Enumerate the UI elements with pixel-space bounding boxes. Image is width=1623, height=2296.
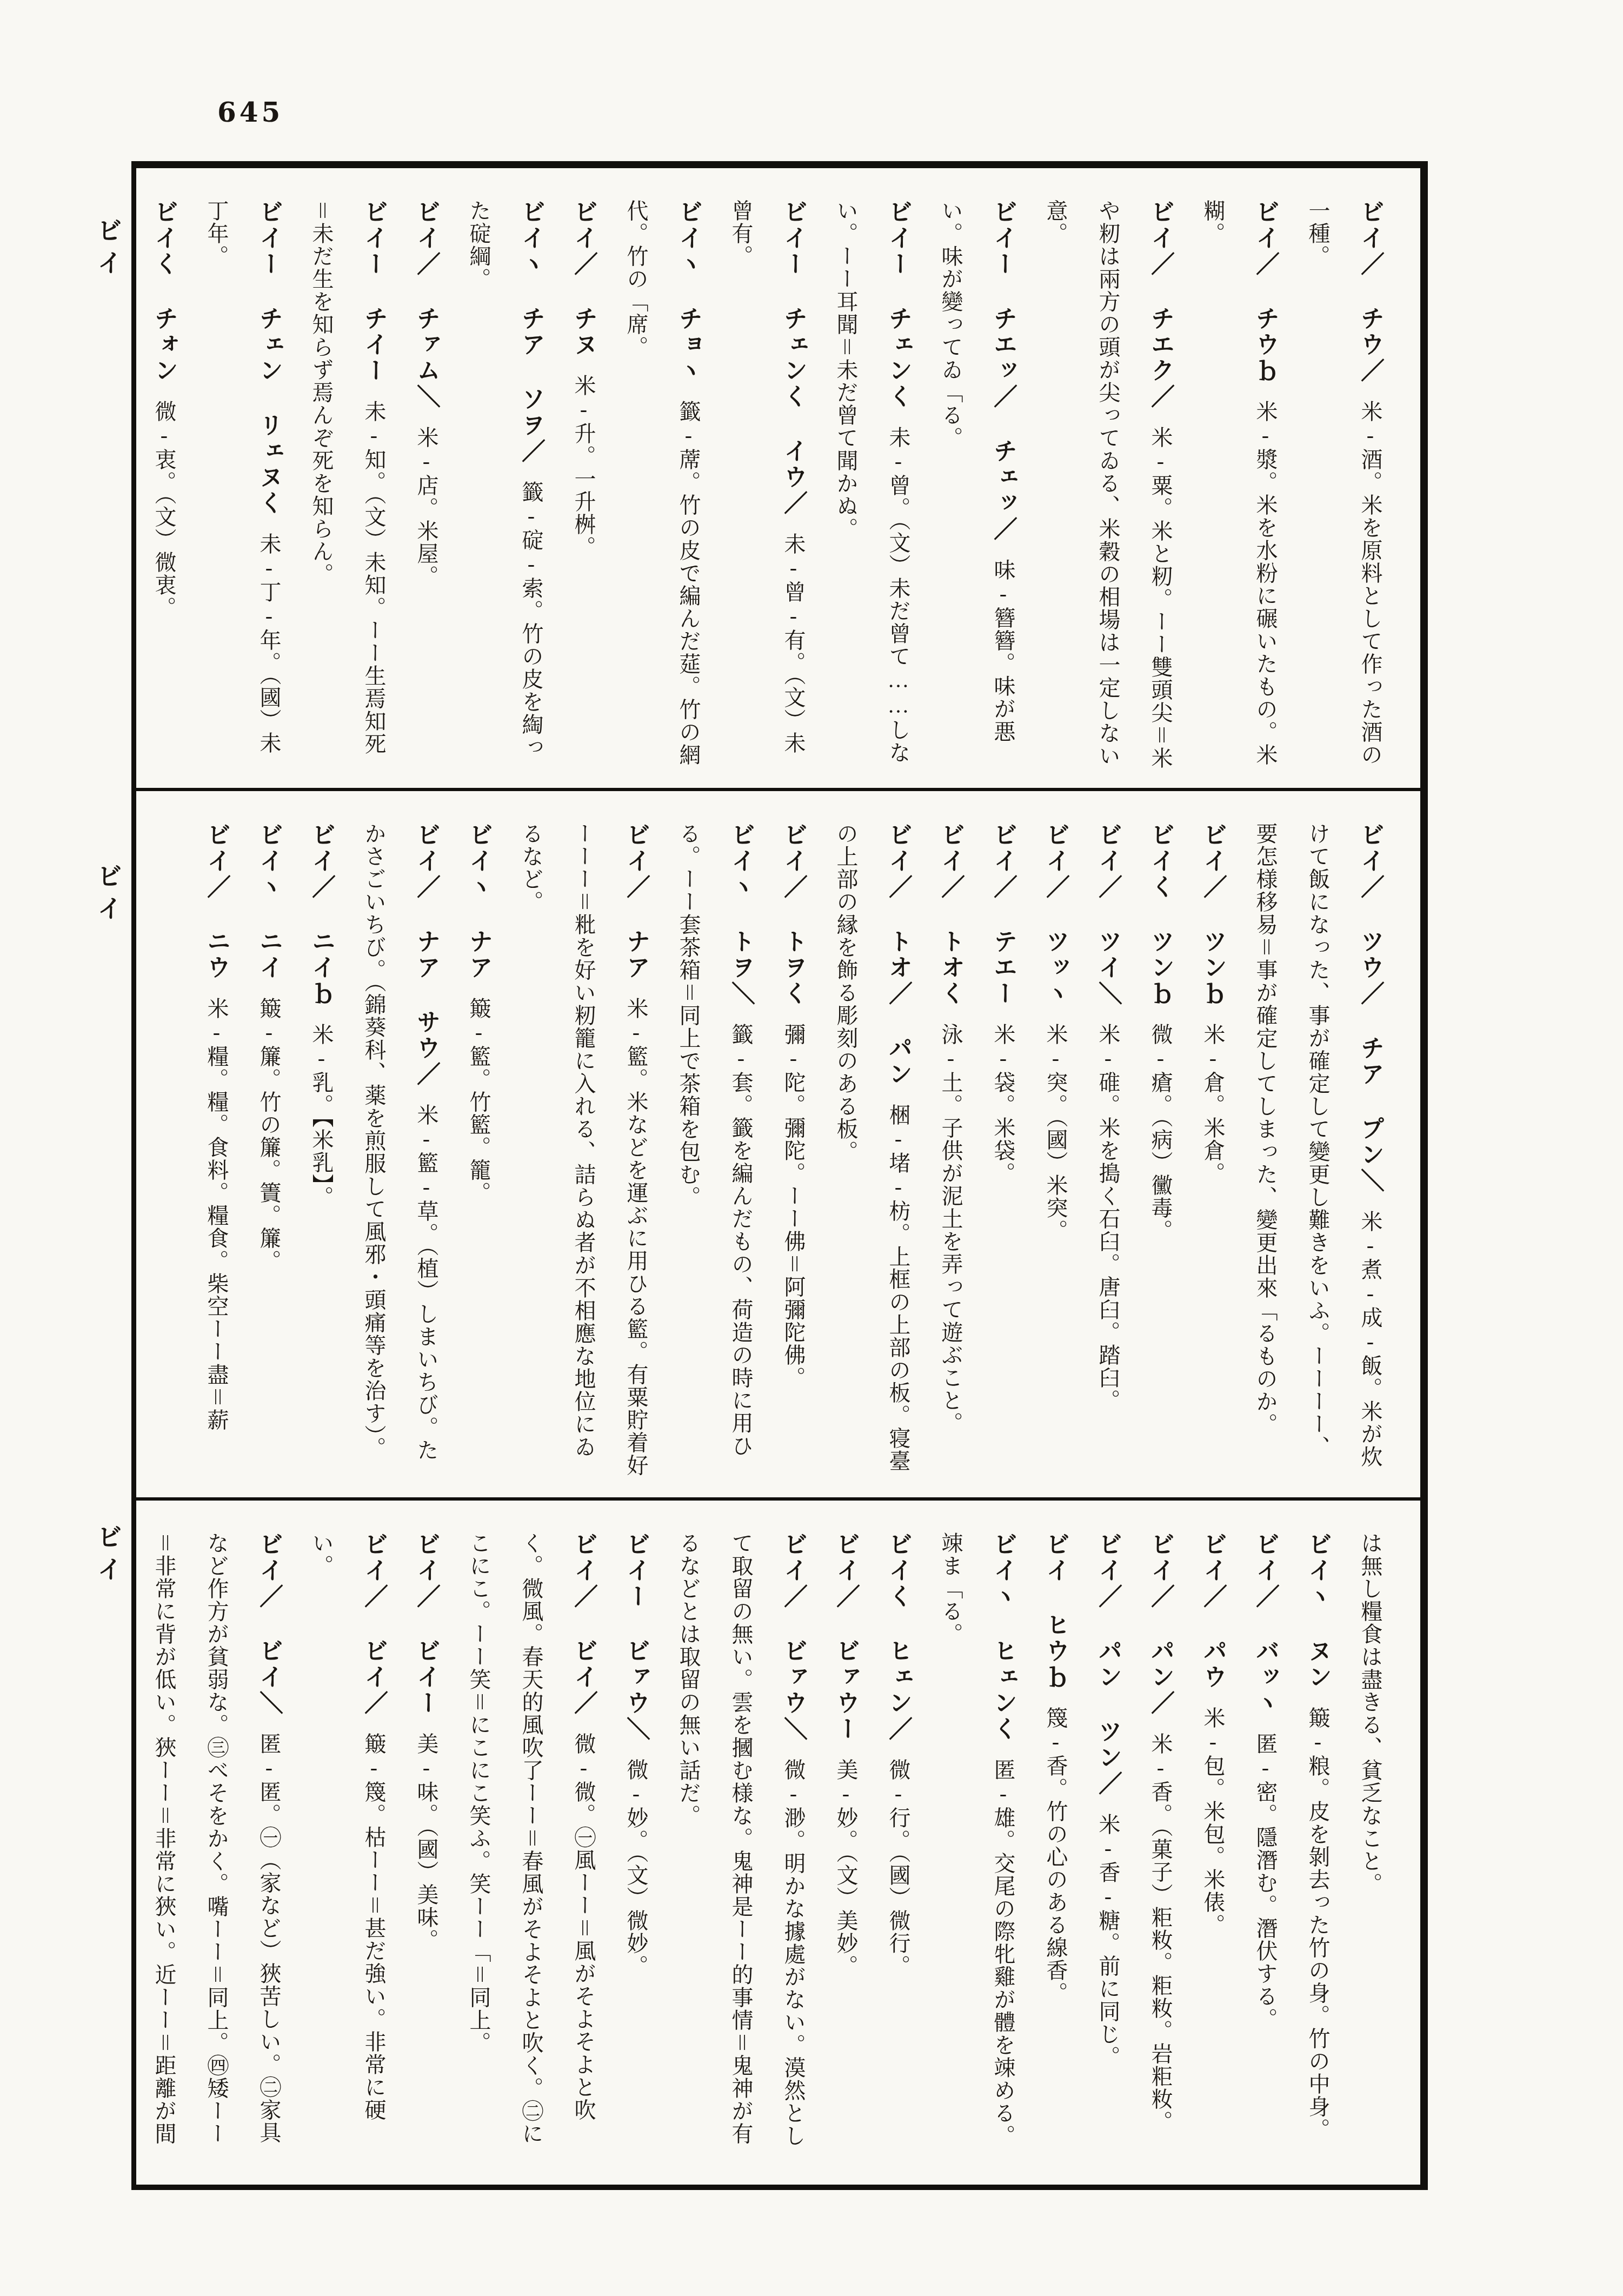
- entry-headword: ビイ／ チウｂ: [1252, 200, 1279, 384]
- dict-entry: ビイ／ チァム＼米-店。米屋。: [400, 200, 453, 769]
- entry-headword: ビイ／ チァム＼: [413, 200, 440, 410]
- dict-entry: ビイ／ ニウ米-糧。糧。食料。糧食。柴空ーー盡＝薪: [190, 822, 243, 1479]
- entry-definition: 米-乳。【米乳】。: [309, 1023, 334, 1209]
- dict-entry: ビイヽ チア ソヲ／籤-碇-索。竹の皮を綯った碇綱。: [453, 200, 557, 769]
- band-2-columns: ビイ／ ツウ／ チア プン＼米-煮-成-飯。米が炊けて飯になった、事が確定して變…: [151, 822, 1396, 1479]
- dict-entry: ビイ／ ナア サウ／米-籃-草。（植）しまいちび。たかさごいちび。（錦葵科、薬を…: [348, 822, 453, 1479]
- entry-definition: 簸-簾。竹の簾。簀。簾。: [257, 997, 281, 1272]
- entry-headword: ビイヽ チア ソヲ／: [518, 200, 544, 464]
- entry-definition: 簸-籃。竹籃。籠。: [467, 997, 491, 1204]
- entry-definition: 米-升。一升桝。: [571, 374, 596, 559]
- dict-entry: は無し糧食は盡きる、貧乏なこと。: [1344, 1532, 1396, 2166]
- entry-definition: 米-倉。米倉。: [1201, 1023, 1225, 1185]
- band-1-columns: ビイ／ チウ／米-酒。米を原料として作った酒の一種。ビイ／ チウｂ米-漿。米を水…: [151, 200, 1396, 769]
- entry-headword: ビイー チェンく: [885, 200, 912, 410]
- entry-headword: ビイ／ ツンｂ: [1200, 822, 1226, 1007]
- entry-headword: ビイ／ トオ／ パン: [885, 822, 912, 1087]
- entry-definition: 美-妙。（文）美妙。: [834, 1759, 858, 1978]
- entry-headword: ビイ／ ビイ／: [361, 1532, 387, 1716]
- entry-headword: ビイー チェン リェヌく: [256, 200, 282, 516]
- dict-entry: ビイヽ チョヽ籤-蓆。竹の皮で編んだ莚。竹の網代。竹の「席。: [610, 200, 715, 769]
- dict-entry: ビイヽ トヲ＼籤-套。籤を編んだもの、荷造の時に用ひる。ーー套茶箱＝同上で茶箱を…: [662, 822, 767, 1479]
- entry-headword: ビイー チエッ／ チェッ／: [990, 200, 1016, 542]
- entry-headword: ビイ／ ツイ＼: [1095, 822, 1121, 1007]
- entry-headword: ビイく ツンｂ: [1147, 822, 1174, 1007]
- entry-headword: ビイ／ ビァウー: [833, 1532, 859, 1742]
- entry-headword: ビイ ヒウｂ: [1042, 1532, 1069, 1690]
- dict-entry: ビイ／ ツイ＼米-碓。米を搗く石臼。唐臼。踏臼。: [1082, 822, 1134, 1479]
- dict-entry: ビイー チェンく未-曾。（文）未だ曾て……しない。ーー耳聞＝未だ曾て聞かぬ。: [820, 200, 924, 769]
- dict-entry: ビイく ツンｂ微-瘡。（病）黴毒。: [1134, 822, 1187, 1479]
- entry-headword: ビイく チォン: [151, 200, 177, 384]
- dict-entry: ビイー チイー未-知。（文）未知。ーー生焉知死＝未だ生を知らず焉んぞ死を知らん。: [295, 200, 400, 769]
- entry-headword: ビイ／ トオく: [937, 822, 964, 1007]
- dict-entry: ビイ／ トヲく彌-陀。彌陀。ーー佛＝阿彌陀佛。: [767, 822, 820, 1479]
- dictionary-band-3: は無し糧食は盡きる、貧乏なこと。ビイヽ ヌン簸-粮。皮を剝去った竹の身。竹の中身…: [136, 1497, 1420, 2185]
- entry-headword: ビイヽ トヲ＼: [728, 822, 754, 1007]
- dict-entry: ビイー チェンく イウ／未-曾-有。（文）未曾有。: [715, 200, 820, 769]
- dict-entry: ビイ／ パン／米-香。（菓子）粔籹。粔籹。岩粔籹。: [1134, 1532, 1187, 2166]
- dictionary-band-1: ビイ／ チウ／米-酒。米を原料として作った酒の一種。ビイ／ チウｂ米-漿。米を水…: [136, 168, 1420, 788]
- entry-headword: ビイ／ ツッヽ: [1042, 822, 1069, 1007]
- dict-entry: ビイー ビァウ＼微-妙。（文）微妙。: [610, 1532, 662, 2166]
- entry-headword: ビイ／ チヌ: [570, 200, 597, 358]
- dictionary-band-2: ビイ／ ツウ／ チア プン＼米-煮-成-飯。米が炊けて飯になった、事が確定して變…: [136, 788, 1420, 1497]
- dict-entry: ビイヽ ナア簸-籃。竹籃。籠。: [453, 822, 505, 1479]
- dict-entry: ビイ／ ビイー美-味。（國）美味。: [400, 1532, 453, 2166]
- dict-entry: ビイく ヒェン／微-行。（國）微行。: [872, 1532, 924, 2166]
- entry-definition: 米-香。（菓子）粔籹。粔籹。岩粔籹。: [1148, 1733, 1173, 2133]
- entry-headword: ビイ／ ビイ＼: [256, 1532, 282, 1716]
- dict-entry: ビイ／ ビイ／微-微。㊀風ーー＝風がそよそよと吹く。微風。春天的風吹了ーー＝春風…: [453, 1532, 610, 2166]
- entry-headword: ビイ／ ビイー: [413, 1532, 440, 1716]
- margin-tab-label-band2: ビイ: [90, 863, 125, 928]
- dict-entry: ビイー チエッ／ チェッ／味-簪簪。味が悪い。味が變ってゐ「る。: [924, 200, 1029, 769]
- band-3-columns: は無し糧食は盡きる、貧乏なこと。ビイヽ ヌン簸-粮。皮を剝去った竹の身。竹の中身…: [151, 1532, 1396, 2166]
- entry-definition: 米-香-糖。前に同じ。: [1096, 1813, 1120, 2068]
- entry-definition: 米-突。（國）米突。: [1043, 1023, 1068, 1242]
- dict-entry: ビイ／ ツンｂ米-倉。米倉。: [1187, 822, 1239, 1479]
- dict-entry: ビイ／ ニイｂ米-乳。【米乳】。: [295, 822, 348, 1479]
- entry-headword: ビイ／ ナア: [623, 822, 649, 981]
- dict-entry: ビイ／ チウ／米-酒。米を原料として作った酒の一種。: [1292, 200, 1396, 769]
- entry-headword: ビイ／ パウ: [1200, 1532, 1226, 1690]
- entry-continuation: は無し糧食は盡きる、貧乏なこと。: [1358, 1532, 1382, 1895]
- entry-definition: 美-味。（國）美味。: [414, 1733, 438, 1952]
- dict-entry: ビイ／ トオ／ パン梱-堵-枋。上框の上部の板。寝臺の上部の縁を飾る彫刻のある板…: [820, 822, 924, 1479]
- entry-headword: ビイヽ ニイ: [256, 822, 282, 981]
- entry-headword: ビイ／ ツウ／ チア プン＼: [1357, 822, 1383, 1194]
- entry-headword: ビイく ヒェン／: [885, 1532, 912, 1742]
- entry-headword: ビイヽ ヒェンく: [990, 1532, 1016, 1742]
- dict-entry: ビイ／ ビァウ＼微-渺。明かな據處がない。漠然として取留の無い。雲を摑む様な。鬼…: [662, 1532, 820, 2166]
- dict-entry: ビイく チォン微-衷。（文）微衷。: [151, 200, 190, 769]
- entry-definition: 簸-粮。皮を剝去った竹の身。竹の中身。: [1306, 1707, 1330, 2141]
- entry-definition: 彌-陀。彌陀。ーー佛＝阿彌陀佛。: [781, 1023, 806, 1389]
- entry-headword: ビイー ビァウ＼: [623, 1532, 649, 1742]
- entry-definition: 匿-密。隱潛む。潛伏する。: [1253, 1733, 1278, 2030]
- entry-headword: ビイ／ チウ／: [1357, 200, 1383, 384]
- margin-tab-label-band3: ビイ: [90, 1524, 125, 1589]
- dict-entry: ビイ／ ビァウー美-妙。（文）美妙。: [820, 1532, 872, 2166]
- entry-headword: ビイ／ ニウ: [203, 822, 230, 981]
- entry-headword: ビイ／ ビァウ＼: [780, 1532, 807, 1742]
- entry-definition: 米-袋。米袋。: [991, 1023, 1015, 1185]
- dict-entry: ビイ／ パン ツン／米-香-糖。前に同じ。: [1082, 1532, 1134, 2166]
- dict-entry: ビイー チェン リェヌく未-丁-年。（國）未丁年。: [190, 200, 295, 769]
- entry-headword: ビイ／ チエク／: [1147, 200, 1174, 410]
- entry-definition: 米-糧。糧。食料。糧食。柴空ーー盡＝薪: [204, 997, 229, 1431]
- dict-entry: ビイ／ ツウ／ チア プン＼米-煮-成-飯。米が炊けて飯になった、事が確定して變…: [1239, 822, 1396, 1479]
- dict-entry: ビイ／ ビイ＼匿-匿。㊀（家など）狹苦しい。㊁家具など作方が貧弱な。㊂べそをかく…: [151, 1532, 295, 2166]
- entry-headword: ビイヽ ヌン: [1305, 1532, 1331, 1690]
- dict-entry: ビイ／ チヌ米-升。一升桝。: [557, 200, 610, 769]
- dictionary-page-frame: ビイ／ チウ／米-酒。米を原料として作った酒の一種。ビイ／ チウｂ米-漿。米を水…: [131, 161, 1428, 2190]
- entry-headword: ビイ／ ニイｂ: [308, 822, 335, 1007]
- entry-headword: ビイ／ パン／: [1147, 1532, 1174, 1716]
- entry-definition: 米-店。米屋。: [414, 426, 438, 588]
- dict-entry: ビイヽ ヌン簸-粮。皮を剝去った竹の身。竹の中身。: [1292, 1532, 1344, 2166]
- dict-entry: ビイ ヒウｂ篾-香。竹の心のある線香。: [1029, 1532, 1082, 2166]
- entry-definition: 米-碓。米を搗く石臼。唐臼。踏臼。: [1096, 1023, 1120, 1412]
- entry-headword: ビイヽ チョヽ: [675, 200, 702, 384]
- entry-headword: ビイ／ ナア サウ／: [413, 822, 440, 1087]
- entry-headword: ビイヽ ナア: [465, 822, 492, 981]
- entry-headword: ビイ／ ビイ／: [570, 1532, 597, 1716]
- margin-tab-label-band1: ビイ: [90, 217, 125, 282]
- page-number: 645: [217, 96, 283, 128]
- dict-entry: ビイ／ トオく泳-土。子供が泥土を弄って遊ぶこと。: [924, 822, 977, 1479]
- dict-entry: ビイ／ パウ米-包。米包。米俵。: [1187, 1532, 1239, 2166]
- dict-entry: ビイ／ ナア米-籃。米などを運ぶに用ひる籃。有粟貯着好ーーー＝粃を好い籾籠に入れ…: [505, 822, 662, 1479]
- entry-definition: 篾-香。竹の心のある線香。: [1043, 1707, 1068, 2005]
- entry-definition: 微-行。（國）微行。: [886, 1759, 910, 1978]
- entry-definition: 微-妙。（文）微妙。: [624, 1759, 648, 1978]
- dict-entry: ビイ／ チエク／米-粟。米と籾。ーー雙頭尖＝米や籾は兩方の頭が尖ってゐる、米穀の…: [1029, 200, 1187, 769]
- dict-entry: ビイヽ ヒェンく匿-雄。交尾の際牝雞が體を竦める。竦ま「る。: [924, 1532, 1029, 2166]
- dict-entry: ビイ／ ツッヽ米-突。（國）米突。: [1029, 822, 1082, 1479]
- entry-definition: 微-衷。（文）微衷。: [152, 400, 176, 619]
- entry-headword: ビイ／ テエー: [990, 822, 1016, 1007]
- dict-entry: ビイ／ バッヽ匿-密。隱潛む。潛伏する。: [1239, 1532, 1292, 2166]
- entry-headword: ビイー チェンく イウ／: [780, 200, 807, 516]
- entry-headword: ビイ／ バッヽ: [1252, 1532, 1279, 1716]
- entry-definition: 泳-土。子供が泥土を弄って遊ぶこと。: [939, 1023, 963, 1435]
- entry-headword: ビイー チイー: [361, 200, 387, 384]
- entry-definition: 米-包。米包。米俵。: [1201, 1707, 1225, 1936]
- entry-headword: ビイ／ トヲく: [780, 822, 807, 1007]
- dict-entry: ビイ／ ビイ／簸-篾。枯ーー＝甚だ強い。非常に硬い。: [295, 1532, 400, 2166]
- dict-entry: ビイ／ チウｂ米-漿。米を水粉に碾いたもの。米糊。: [1187, 200, 1292, 769]
- dict-entry: ビイ／ テエー米-袋。米袋。: [977, 822, 1029, 1479]
- dict-entry: ビイヽ ニイ簸-簾。竹の簾。簀。簾。: [243, 822, 295, 1479]
- entry-headword: ビイ／ パン ツン／: [1095, 1532, 1121, 1797]
- entry-definition: 微-瘡。（病）黴毒。: [1148, 1023, 1173, 1242]
